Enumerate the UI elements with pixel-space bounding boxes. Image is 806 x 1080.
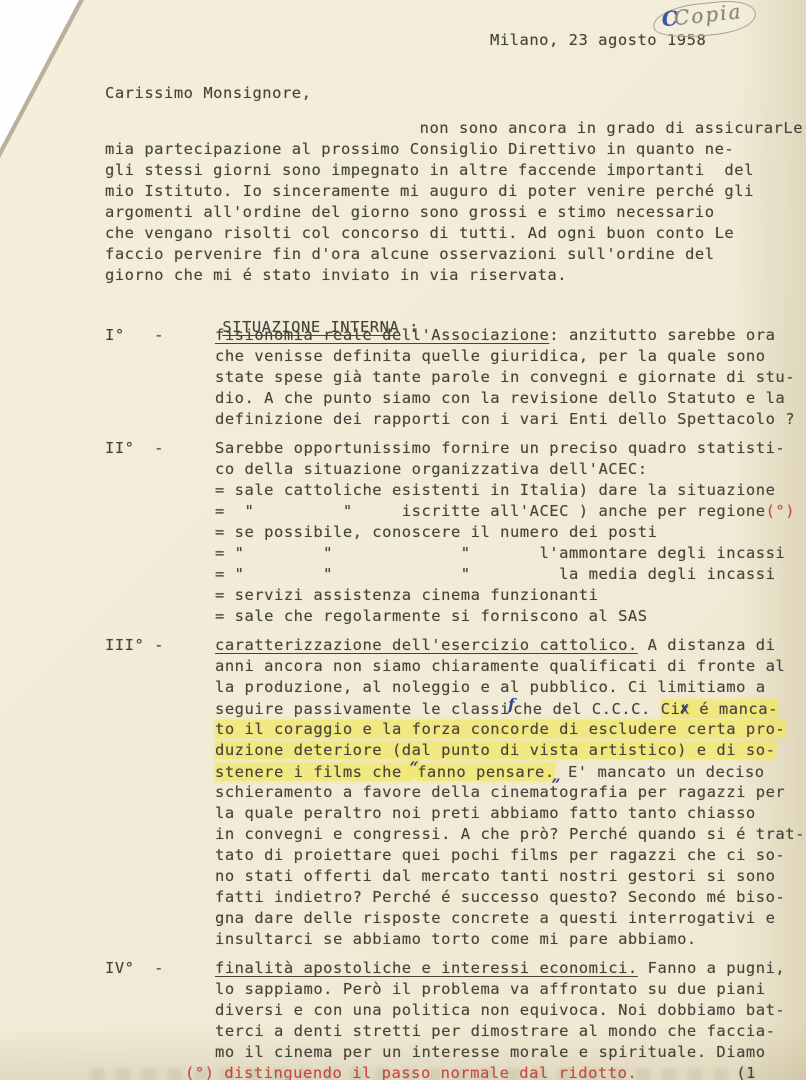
- letter-line: argomenti all'ordine del giorno sono gro…: [105, 202, 794, 223]
- item-body: Sarebbe opportunissimo fornire un precis…: [215, 438, 794, 627]
- letter-line: non sono ancora in grado di assicurarLe …: [105, 118, 794, 139]
- letter-line: = servizi assistenza cinema funzionanti: [215, 585, 794, 606]
- letter-line: gna dare delle risposte concrete a quest…: [215, 908, 794, 929]
- handwritten-insertion: “: [410, 758, 419, 777]
- letter-line: mia partecipazione al prossimo Consiglio…: [105, 139, 794, 160]
- text-segment: insultarci se abbiamo torto come mi pare…: [215, 930, 697, 948]
- text-segment: = sale che regolarmente si forniscono al…: [215, 607, 648, 625]
- text-segment: = " " iscritte all'ACEC ) anche per regi…: [215, 502, 766, 520]
- highlight-segment: to il coraggio e la forza concorde di es…: [215, 720, 785, 738]
- letter-line: co della situazione organizzativa dell'A…: [215, 459, 794, 480]
- text-segment: terci a denti stretti per dimostrare al …: [215, 1022, 775, 1040]
- underlined-lead: caratterizzazione dell'esercizio cattoli…: [215, 636, 638, 654]
- text-segment: fatti indietro? Perché é successo questo…: [215, 888, 785, 906]
- handwritten-insertion: „: [552, 766, 561, 785]
- letter-line: insultarci se abbiamo torto come mi pare…: [215, 929, 794, 950]
- letter-line: lo sappiamo. Però il problema va affront…: [215, 979, 794, 1000]
- letter-line: finalità apostoliche e interessi economi…: [215, 958, 794, 979]
- letter-line: che venisse definita quelle giuridica, p…: [215, 346, 794, 367]
- text-segment: tato di proiettare quei pochi films per …: [215, 846, 785, 864]
- letter-line: = " " iscritte all'ACEC ) anche per regi…: [215, 501, 794, 522]
- letter-line: la produzione, al noleggio e al pubblico…: [215, 677, 794, 698]
- letter-line: fatti indietro? Perché é successo questo…: [215, 887, 794, 908]
- letter-line: state spese già tante parole in convegni…: [215, 367, 794, 388]
- letter-line: caratterizzazione dell'esercizio cattoli…: [215, 635, 794, 656]
- letter-line: tato di proiettare quei pochi films per …: [215, 845, 794, 866]
- section-heading: SITUAZIONE INTERNA :: [183, 296, 794, 317]
- underlined-lead: fisionomia reale dell'Associazione: [215, 326, 549, 344]
- opening-paragraph: non sono ancora in grado di assicurarLe …: [105, 118, 794, 286]
- letter-line: diversi e con una politica non equivoca.…: [215, 1000, 794, 1021]
- letter-line: duzione deteriore (dal punto di vista ar…: [215, 740, 794, 761]
- text-segment: no stati offerti dal mercato tanti nostr…: [215, 867, 775, 885]
- letter-line: terci a denti stretti per dimostrare al …: [215, 1021, 794, 1042]
- text-segment: che venisse definita quelle giuridica, p…: [215, 347, 766, 365]
- text-segment: gna dare delle risposte concrete a quest…: [215, 909, 775, 927]
- handwritten-strikeout: ✗: [680, 699, 690, 717]
- item-marker: IV° -: [105, 958, 215, 1063]
- letter-line: no stati offerti dal mercato tanti nostr…: [215, 866, 794, 887]
- text-segment: = sale cattoliche esistenti in Italia) d…: [215, 481, 775, 499]
- page-bleedthrough: [90, 1068, 766, 1080]
- text-segment: anni ancora non siamo chiaramente qualif…: [215, 657, 785, 675]
- letter-line: Sarebbe opportunissimo fornire un precis…: [215, 438, 794, 459]
- text-segment: dio. A che punto siamo con la revisione …: [215, 389, 785, 407]
- text-segment: E' mancato un deciso: [558, 763, 764, 781]
- letter-line: to il coraggio e la forza concorde di es…: [215, 719, 794, 740]
- letter-line: = sale che regolarmente si forniscono al…: [215, 606, 794, 627]
- text-segment: = servizi assistenza cinema funzionanti: [215, 586, 598, 604]
- item-marker: I° -: [105, 325, 215, 430]
- text-segment: = " " " l'ammontare degli incassi: [215, 544, 785, 562]
- item-body: finalità apostoliche e interessi economi…: [215, 958, 794, 1063]
- text-segment: = se possibile, conoscere il numero dei …: [215, 523, 657, 541]
- underlined-lead: finalità apostoliche e interessi economi…: [215, 959, 638, 977]
- red-footnote-marker: (°): [766, 502, 796, 520]
- letter-line: in convegni e congressi. A che prò? Perc…: [215, 824, 794, 845]
- highlight-segment: é manca-: [689, 700, 778, 718]
- letter-line: mo il cinema per un interesse morale e s…: [215, 1042, 794, 1063]
- text-segment: la produzione, al noleggio e al pubblico…: [215, 678, 766, 696]
- text-segment: lo sappiamo. Però il problema va affront…: [215, 980, 766, 998]
- text-segment: definizione dei rapporti con i vari Enti…: [215, 410, 795, 428]
- text-segment: diversi e con una politica non equivoca.…: [215, 1001, 785, 1019]
- letter-line: = sale cattoliche esistenti in Italia) d…: [215, 480, 794, 501]
- letter-line: = " " " l'ammontare degli incassi: [215, 543, 794, 564]
- stamp-label: Copia: [673, 0, 744, 30]
- text-segment: Fanno a pugni,: [638, 959, 785, 977]
- letter-line: schieramento a favore della cinematograf…: [215, 782, 794, 803]
- text-segment: che del C.C.C.: [513, 700, 660, 718]
- letter-line: definizione dei rapporti con i vari Enti…: [215, 409, 794, 430]
- letter-line: la quale peraltro noi preti abbiamo fatt…: [215, 803, 794, 824]
- text-segment: mo il cinema per un interesse morale e s…: [215, 1043, 766, 1061]
- item-body: caratterizzazione dell'esercizio cattoli…: [215, 635, 794, 950]
- scanned-letter-page: CCopia Milano, 23 agosto 1958 Carissimo …: [0, 0, 806, 1080]
- highlight-segment: fanno pensare.: [417, 763, 555, 781]
- item-marker: III° -: [105, 635, 215, 950]
- text-segment: in convegni e congressi. A che prò? Perc…: [215, 825, 805, 843]
- highlight-segment: stenere i films che: [215, 763, 412, 781]
- letter-line: giorno che mi é stato inviato in via ris…: [105, 265, 794, 286]
- text-segment: Sarebbe opportunissimo fornire un precis…: [215, 439, 785, 457]
- text-segment: la quale peraltro noi preti abbiamo fatt…: [215, 804, 756, 822]
- text-segment: = " " " la media degli incassi: [215, 565, 775, 583]
- letter-line: fisionomia reale dell'Associazione: anzi…: [215, 325, 794, 346]
- letter-line: che vengano risolti col concorso di tutt…: [105, 223, 794, 244]
- letter-line: = se possibile, conoscere il numero dei …: [215, 522, 794, 543]
- salutation: Carissimo Monsignore,: [105, 83, 794, 104]
- dateline: Milano, 23 agosto 1958: [490, 30, 794, 51]
- letter-line: gli stessi giorni sono impegnato in altr…: [105, 160, 794, 181]
- letter-line: seguire passivamente le classifche del C…: [215, 698, 794, 719]
- letter-line: mio Istituto. Io sinceramente mi auguro …: [105, 181, 794, 202]
- text-segment: schieramento a favore della cinematograf…: [215, 783, 785, 801]
- item-II: II° -Sarebbe opportunissimo fornire un p…: [105, 438, 794, 627]
- text-segment: seguire passivamente le classi: [215, 700, 510, 718]
- item-marker: II° -: [105, 438, 215, 627]
- highlight-segment: duzione deteriore (dal punto di vista ar…: [215, 741, 775, 759]
- text-segment: A distanza di: [638, 636, 776, 654]
- item-body: fisionomia reale dell'Associazione: anzi…: [215, 325, 794, 430]
- letter-line: faccio pervenire fin d'ora alcune osserv…: [105, 244, 794, 265]
- letter-line: stenere i films che “fanno pensare.„ E' …: [215, 761, 794, 782]
- text-segment: : anzitutto sarebbe ora: [549, 326, 775, 344]
- letter-line: = " " " la media degli incassi: [215, 564, 794, 585]
- item-III: III° -caratterizzazione dell'esercizio c…: [105, 635, 794, 950]
- handwritten-insertion: f: [508, 695, 515, 714]
- letter-line: anni ancora non siamo chiaramente qualif…: [215, 656, 794, 677]
- text-segment: state spese già tante parole in convegni…: [215, 368, 795, 386]
- text-segment: co della situazione organizzativa dell'A…: [215, 460, 648, 478]
- letter-line: dio. A che punto siamo con la revisione …: [215, 388, 794, 409]
- agenda-items: I° -fisionomia reale dell'Associazione: …: [105, 325, 794, 1063]
- item-IV: IV° -finalità apostoliche e interessi ec…: [105, 958, 794, 1063]
- item-I: I° -fisionomia reale dell'Associazione: …: [105, 325, 794, 430]
